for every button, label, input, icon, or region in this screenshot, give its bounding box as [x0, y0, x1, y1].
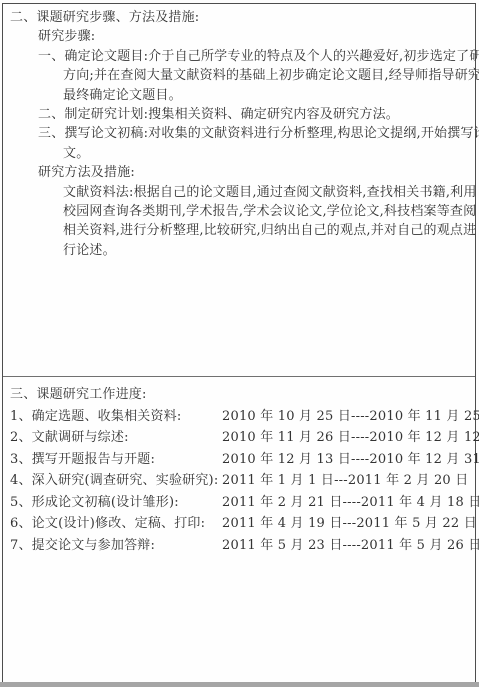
schedule-row-1: 1、确定选题、收集相关资料: 2010 年 10 月 25 日----2010 … — [10, 406, 471, 428]
steps-subheading: 研究步骤: — [10, 27, 471, 46]
methods-line4: 行论述。 — [10, 241, 471, 260]
schedule-row-7: 7、提交论文与参加答辩: 2011 年 5 月 23 日----2011 年 5… — [10, 535, 471, 557]
schedule-date: 2011 年 1 月 1 日---2011 年 2 月 20 日 — [222, 470, 468, 492]
schedule-date: 2010 年 10 月 25 日----2010 年 11 月 25 日 — [222, 406, 479, 428]
section2-heading: 二、课题研究步骤、方法及措施: — [10, 8, 471, 27]
methods-subheading: 研究方法及措施: — [10, 163, 471, 182]
schedule-label: 7、提交论文与参加答辩: — [10, 535, 222, 557]
page-bottom-edge — [0, 682, 479, 687]
methods-line1: 文献资料法:根据自己的论文题目,通过查阅文献资料,查找相关书籍,利用 — [10, 183, 471, 202]
schedule-date: 2011 年 5 月 23 日----2011 年 5 月 26 日 — [222, 535, 479, 557]
schedule-row-3: 3、撰写开题报告与开题: 2010 年 12 月 13 日----2010 年 … — [10, 449, 471, 471]
schedule-label: 3、撰写开题报告与开题: — [10, 449, 222, 471]
schedule-row-5: 5、形成论文初稿(设计雏形): 2011 年 2 月 21 日----2011 … — [10, 492, 471, 514]
schedule-label: 2、文献调研与综述: — [10, 427, 222, 449]
section-schedule: 三、课题研究工作进度: 1、确定选题、收集相关资料: 2010 年 10 月 2… — [3, 377, 475, 556]
step2-line: 二、制定研究计划:搜集相关资料、确定研究内容及研究方法。 — [10, 105, 471, 124]
methods-line2: 校园网查询各类期刊,学术报告,学术会议论文,学位论文,科技档案等查阅 — [10, 202, 471, 221]
schedule-date: 2011 年 2 月 21 日----2011 年 4 月 18 日 — [222, 492, 479, 514]
section3-heading: 三、课题研究工作进度: — [10, 384, 471, 406]
schedule-label: 1、确定选题、收集相关资料: — [10, 406, 222, 428]
step1-line3: 最终确定论文题目。 — [10, 86, 471, 105]
document-page: 二、课题研究步骤、方法及措施: 研究步骤: 一、确定论文题目:介于自己所学专业的… — [0, 0, 479, 687]
schedule-row-6: 6、论文(设计)修改、定稿、打印: 2011 年 4 月 19 日---2011… — [10, 513, 471, 535]
schedule-date: 2011 年 4 月 19 日---2011 年 5 月 22 日 — [222, 513, 477, 535]
proposal-table: 二、课题研究步骤、方法及措施: 研究步骤: 一、确定论文题目:介于自己所学专业的… — [2, 3, 476, 683]
step1-line2: 方向;并在查阅大量文献资料的基础上初步确定论文题目,经导师指导研究, — [10, 66, 471, 85]
step1-line1: 一、确定论文题目:介于自己所学专业的特点及个人的兴趣爱好,初步选定了研究 — [10, 47, 471, 66]
schedule-date: 2010 年 12 月 13 日----2010 年 12 月 31 日 — [222, 449, 479, 471]
step3-line1: 三、撰写论文初稿:对收集的文献资料进行分析整理,构思论文提纲,开始撰写论 — [10, 124, 471, 143]
section-research-steps: 二、课题研究步骤、方法及措施: 研究步骤: 一、确定论文题目:介于自己所学专业的… — [3, 4, 475, 377]
schedule-row-2: 2、文献调研与综述: 2010 年 11 月 26 日----2010 年 12… — [10, 427, 471, 449]
methods-line3: 相关资料,进行分析整理,比较研究,归纳出自己的观点,并对自己的观点进 — [10, 221, 471, 240]
schedule-label: 6、论文(设计)修改、定稿、打印: — [10, 513, 222, 535]
schedule-label: 5、形成论文初稿(设计雏形): — [10, 492, 222, 514]
schedule-label: 4、深入研究(调查研究、实验研究): — [10, 470, 222, 492]
schedule-date: 2010 年 11 月 26 日----2010 年 12 月 12 日 — [222, 427, 479, 449]
schedule-row-4: 4、深入研究(调查研究、实验研究): 2011 年 1 月 1 日---2011… — [10, 470, 471, 492]
step3-line2: 文。 — [10, 144, 471, 163]
